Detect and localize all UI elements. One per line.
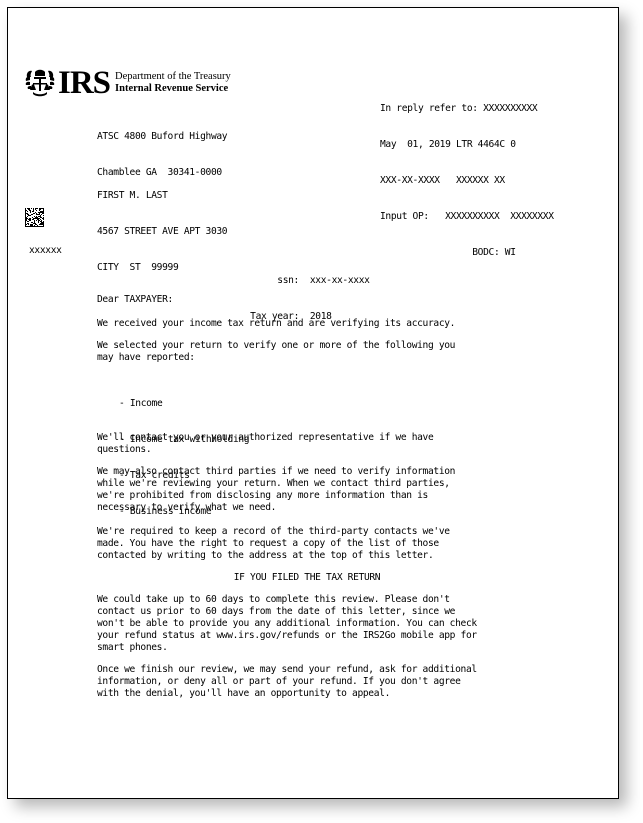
recipient-address: FIRST M. LAST 4567 STREET AVE APT 3030 C… — [97, 166, 227, 286]
ssn-value: xxx-xx-xxxx — [310, 275, 370, 286]
agency-name: Department of the Treasury Internal Reve… — [115, 71, 231, 95]
recipient-name: FIRST M. LAST — [97, 190, 227, 202]
recipient-city: CITY ST 99999 — [97, 262, 227, 274]
datamatrix-barcode-icon — [25, 208, 44, 227]
paragraph-4: We may also contact third parties if we … — [97, 466, 455, 514]
reference-block: In reply refer to: XXXXXXXXXX May 01, 20… — [380, 79, 554, 271]
irs-wordmark: IRS — [58, 68, 110, 98]
paragraph-5: We're required to keep a record of the t… — [97, 526, 450, 562]
paragraph-1: We received your income tax return and a… — [97, 318, 455, 330]
sender-address-line-1: ATSC 4800 Buford Highway — [97, 131, 227, 143]
ssn-label: ssn: — [240, 275, 299, 287]
reference-line-2: May 01, 2019 LTR 4464C 0 — [380, 139, 554, 151]
reference-line-5: BODC: WI — [380, 247, 554, 259]
paragraph-3: We'll contact you or your authorized rep… — [97, 432, 433, 456]
paragraph-6: We could take up to 60 days to complete … — [97, 594, 477, 654]
agency-line-2: Internal Revenue Service — [115, 83, 231, 95]
salutation: Dear TAXPAYER: — [97, 294, 173, 306]
recipient-street: 4567 STREET AVE APT 3030 — [97, 226, 227, 238]
agency-line-1: Department of the Treasury — [115, 71, 231, 83]
barcode-code: xxxxxx — [29, 245, 62, 257]
reference-line-1: In reply refer to: XXXXXXXXXX — [380, 103, 554, 115]
reference-line-4: Input OP: XXXXXXXXXX XXXXXXXX — [380, 211, 554, 223]
paragraph-2: We selected your return to verify one or… — [97, 340, 455, 364]
section-heading: IF YOU FILED THE TAX RETURN — [97, 572, 517, 584]
irs-logo: IRS Department of the Treasury Internal … — [24, 66, 231, 100]
paragraph-7: Once we finish our review, we may send y… — [97, 664, 477, 700]
irs-eagle-icon — [24, 67, 56, 99]
list-item: - Income — [119, 398, 249, 410]
reference-line-3: XXX-XX-XXXX XXXXXX XX — [380, 175, 554, 187]
